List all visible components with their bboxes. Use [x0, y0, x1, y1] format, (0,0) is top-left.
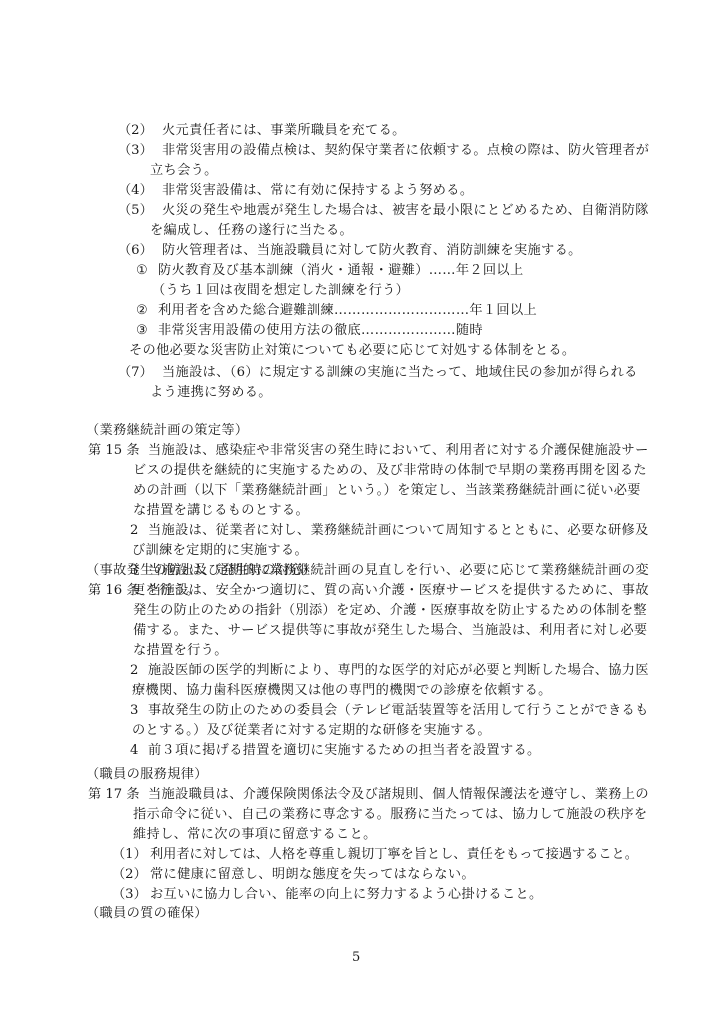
article-17-heading: （職員の服務規律）: [86, 767, 208, 783]
article-15-line: 当施設は、感染症や非常災害の発生時において、利用者に対する介護保健施設サー: [148, 443, 649, 459]
item-text: 防火管理者は、当施設職員に対して防火教育、消防訓練を実施する。: [162, 243, 582, 259]
other-measures-text: その他必要な災害防止対策についても必要に応じて対処する体制をとる。: [129, 343, 575, 359]
item-text-cont: を編成し、任務の遂行に当たる。: [150, 223, 353, 239]
article-16-para-2-cont: 療機関、協力歯科医療機関又は他の専門的機関での診療を依頼する。: [132, 683, 552, 699]
item-number: （7）: [118, 365, 153, 381]
sub-item-number: ②: [136, 303, 148, 319]
article-15-line: な措置を講じるものとする。: [133, 503, 309, 519]
article-16-line: 発生の防止のための指針（別添）を定め、介護・医療事故を防止するための体制を整: [133, 603, 647, 619]
paragraph-number: 4: [130, 743, 138, 759]
sub-item-text: 利用者を含めた総合避難訓練…………………………年１回以上: [158, 303, 537, 319]
item-text-cont: 立ち会う。: [150, 163, 218, 179]
article-16-line: な措置を行う。: [133, 643, 228, 659]
article-16-para-3: 事故発生の防止のための委員会（テレビ電話装置等を活用して行うことができるも: [148, 703, 649, 719]
paragraph-number: 2: [130, 523, 138, 539]
item-number: （5）: [118, 203, 153, 219]
article-16-line: 当施設は、安全かつ適切に、質の高い介護・医療サービスを提供するために、事故: [148, 583, 649, 599]
item-number: （2）: [112, 867, 147, 883]
article-15-heading: （業務継続計画の策定等）: [86, 423, 248, 439]
sub-item-text: （うち１回は夜間を想定した訓練を行う）: [152, 283, 409, 299]
item-text-cont: よう連携に努める。: [150, 385, 272, 401]
page-number: 5: [352, 950, 360, 966]
article-16-label: 第 16 条: [88, 583, 140, 599]
item-text: 非常災害用の設備点検は、契約保守業者に依頼する。点検の際は、防火管理者が: [162, 143, 649, 159]
article-18-heading: （職員の質の確保）: [86, 906, 208, 922]
article-17-label: 第 17 条: [88, 787, 140, 803]
item-text: 火元責任者には、事業所職員を充てる。: [162, 123, 406, 139]
article-17-item-2: 常に健康に留意し、明朗な態度を失ってはならない。: [150, 867, 475, 883]
article-15-line: ビスの提供を継続的に実施するための、及び非常時の体制で早期の業務再開を図るた: [133, 463, 647, 479]
paragraph-number: 3: [130, 703, 138, 719]
item-number: （4）: [118, 183, 153, 199]
article-17-item-3: お互いに協力し合い、能率の向上に努力するよう心掛けること。: [150, 887, 543, 903]
article-16-para-2: 施設医師の医学的判断により、専門的な医学的対応が必要と判断した場合、協力医: [148, 663, 649, 679]
article-17-line: 当施設職員は、介護保険関係法令及び諸規則、個人情報保護法を遵守し、業務上の: [148, 787, 649, 803]
article-17-line: 維持し、常に次の事項に留意すること。: [133, 827, 377, 843]
item-text: 非常災害設備は、常に有効に保持するよう努める。: [162, 183, 473, 199]
article-17-line: 指示命令に従い、自己の業務に専念する。服務に当たっては、協力して施設の秩序を: [133, 807, 647, 823]
article-15-para-2-cont: び訓練を定期的に実施する。: [132, 543, 308, 559]
item-number: （2）: [118, 123, 153, 139]
article-16-para-4: 前３項に掲げる措置を適切に実施するための担当者を設置する。: [148, 743, 541, 759]
item-number: （1）: [112, 847, 147, 863]
article-15-para-2: 当施設は、従業者に対し、業務継続計画について周知するとともに、必要な研修及: [148, 523, 649, 539]
article-17-item-1: 利用者に対しては、人格を尊重し親切丁寧を旨とし、責任をもって接遇すること。: [150, 847, 638, 863]
sub-item-number: ③: [136, 323, 148, 339]
sub-item-text: 非常災害用設備の使用方法の徹底…………………随時: [158, 323, 483, 339]
article-16-line: 備する。また、サービス提供等に事故が発生した場合、当施設は、利用者に対し必要: [133, 623, 647, 639]
article-15-label: 第 15 条: [88, 443, 140, 459]
item-text: 火災の発生や地震が発生した場合は、被害を最小限にとどめるため、自衛消防隊: [162, 203, 649, 219]
paragraph-number: 2: [130, 663, 138, 679]
sub-item-number: ①: [136, 263, 148, 279]
document-page: （2） 火元責任者には、事業所職員を充てる。 （3） 非常災害用の設備点検は、契…: [0, 0, 724, 1024]
article-16-heading: （事故発生の防止及び発生時の対応）: [86, 563, 316, 579]
article-15-line: めの計画（以下「業務継続計画」という。）を策定し、当該業務継続計画に従い必要: [133, 483, 641, 499]
item-number: （6）: [118, 243, 153, 259]
item-text: 当施設は、（6）に規定する訓練の実施に当たって、地域住民の参加が得られる: [162, 365, 638, 381]
sub-item-text: 防火教育及び基本訓練（消火・通報・避難）……年２回以上: [158, 263, 524, 279]
item-number: （3）: [112, 887, 147, 903]
article-16-para-3-cont: のとする。）及び従業者に対する定期的な研修を実施する。: [132, 723, 491, 739]
item-number: （3）: [118, 143, 153, 159]
